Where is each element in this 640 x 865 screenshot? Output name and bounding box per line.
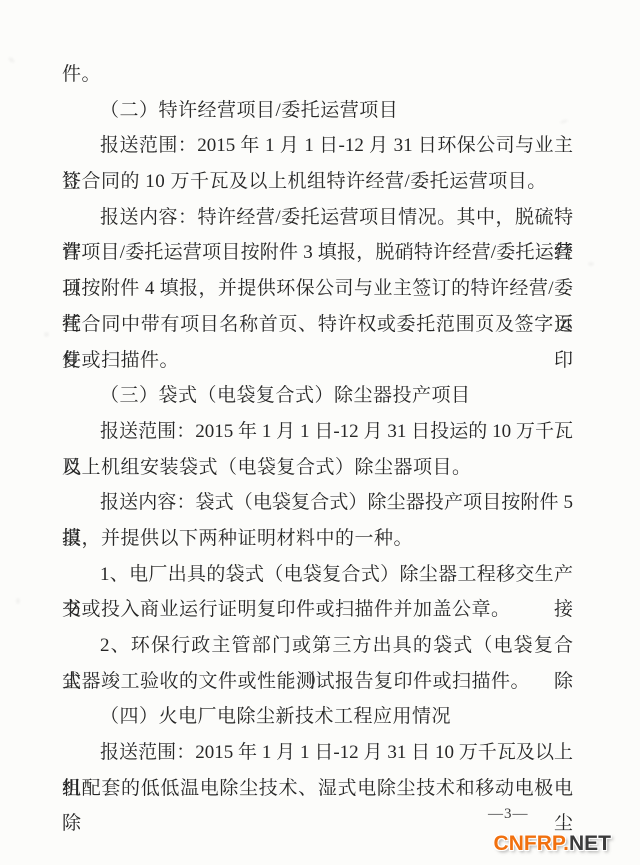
text-line: 营合同中带有项目名称首页、特许权或委托范围页及签字页复印	[62, 307, 573, 343]
text-line: 件。	[62, 57, 573, 93]
watermark-prefix: CNFRP.	[494, 832, 569, 855]
section-heading-4: （四）火电厂电除尘新技术工程应用情况	[62, 699, 573, 735]
text-line: 报送范围：2015 年 1 月 1 日-12 月 31 日投运的 10 万千瓦及	[62, 414, 573, 450]
scan-artifact	[588, 262, 594, 266]
text-line: 报送内容：袋式（电袋复合式）除尘器投产项目按附件 5 填	[62, 485, 573, 521]
text-line: 书或投入商业运行证明复印件或扫描件并加盖公章。	[62, 592, 573, 628]
text-line: 尘器竣工验收的文件或性能测试报告复印件或扫描件。	[62, 664, 573, 700]
text-line: 目按附件 4 填报，并提供环保公司与业主签订的特许经营/委托运	[62, 271, 573, 307]
scan-artifact	[7, 56, 15, 63]
text-line: 报送范围：2015 年 1 月 1 日-12 月 31 日 10 万千瓦及以上机	[62, 735, 573, 771]
scanned-document-page: 件。 （二）特许经营项目/委托运营项目 报送范围：2015 年 1 月 1 日-…	[0, 0, 640, 865]
list-item-2: 2、环保行政主管部门或第三方出具的袋式（电袋复合式）除	[62, 628, 573, 664]
text-line: 订合同的 10 万千瓦及以上机组特许经营/委托运营项目。	[62, 164, 573, 200]
text-line: 报送内容：特许经营/委托运营项目情况。其中，脱硫特许经	[62, 200, 573, 236]
text-line: 报，并提供以下两种证明材料中的一种。	[62, 521, 573, 557]
watermark-suffix: NET	[569, 832, 611, 855]
text-line: 组配套的低低温电除尘技术、湿式电除尘技术和移动电极电除尘	[62, 771, 573, 807]
scan-artifact	[16, 598, 20, 604]
document-body: 件。 （二）特许经营项目/委托运营项目 报送范围：2015 年 1 月 1 日-…	[62, 57, 573, 806]
site-watermark: CNFRP.NET	[494, 832, 611, 856]
section-heading-2: （二）特许经营项目/委托运营项目	[62, 93, 573, 129]
section-heading-3: （三）袋式（电袋复合式）除尘器投产项目	[62, 378, 573, 414]
text-line: 报送范围：2015 年 1 月 1 日-12 月 31 日环保公司与业主签	[62, 128, 573, 164]
scan-artifact	[44, 332, 49, 337]
page-number: —3—	[488, 806, 529, 823]
text-line: 以上机组安装袋式（电袋复合式）除尘器项目。	[62, 450, 573, 486]
text-line: 营项目/委托运营项目按附件 3 填报，脱硝特许经营/委托运营项	[62, 235, 573, 271]
list-item-1: 1、电厂出具的袋式（电袋复合式）除尘器工程移交生产交接	[62, 557, 573, 593]
